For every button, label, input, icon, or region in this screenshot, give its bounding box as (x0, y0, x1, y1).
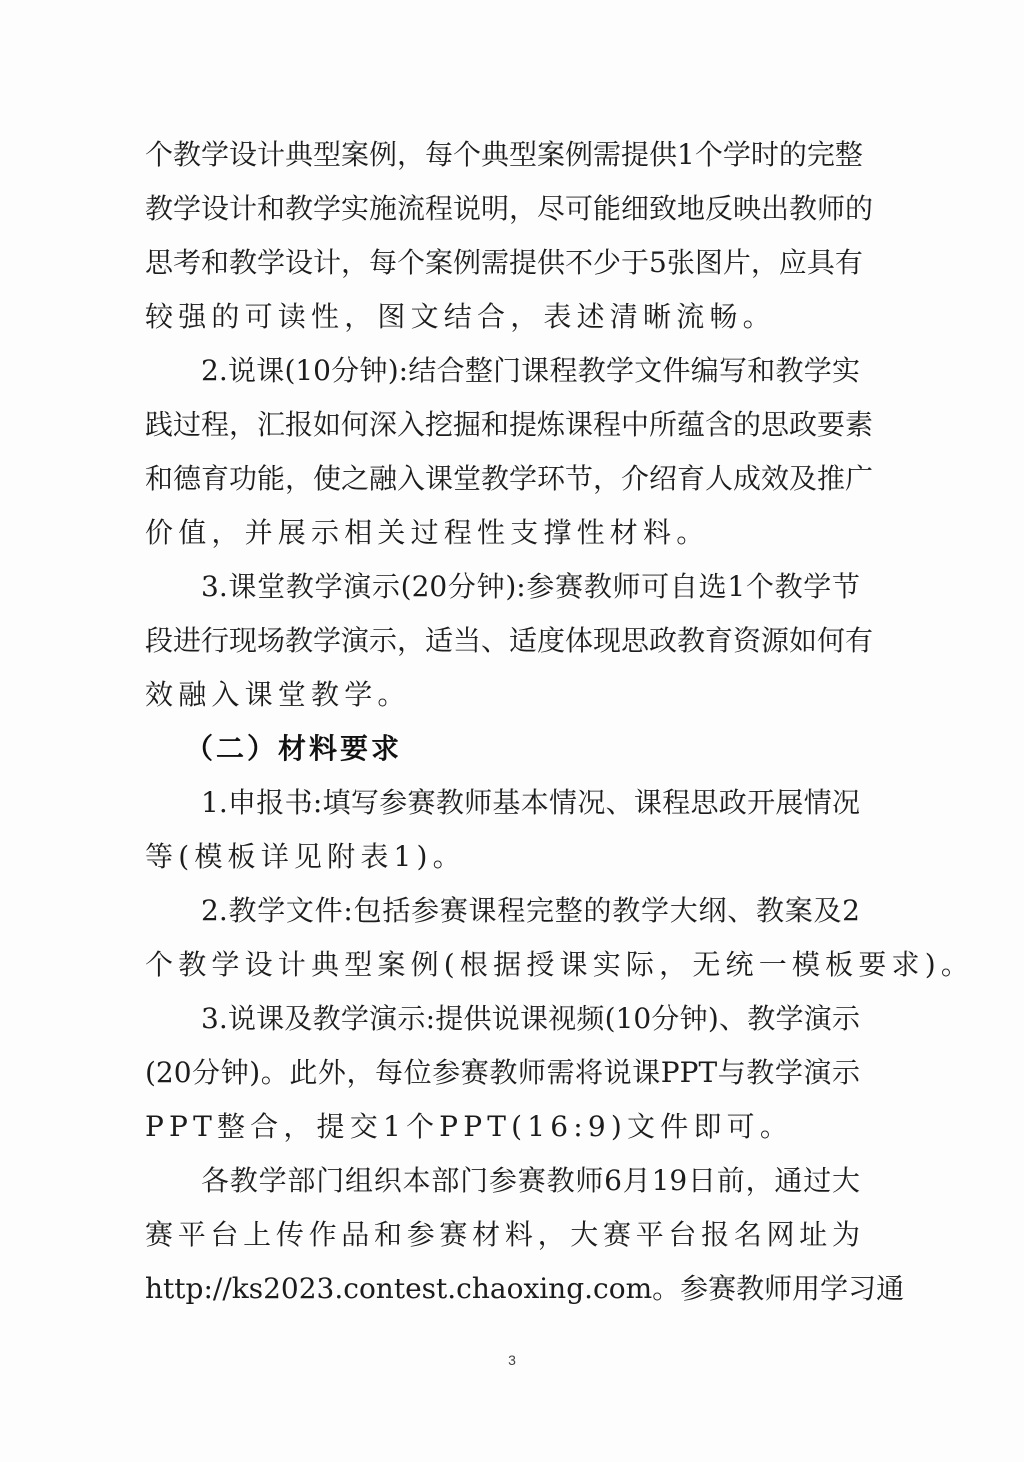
paragraph-line: PPT整合，提交1个PPT(16:9)文件即可。 (145, 1100, 860, 1154)
document-page: 个教学设计典型案例，每个典型案例需提供1个学时的完整 教学设计和教学实施流程说明… (0, 0, 1024, 1462)
paragraph-line-item-1-application: 1.申报书:填写参赛教师基本情况、课程思政开展情况 (145, 776, 860, 830)
paragraph-line: 效融入课堂教学。 (145, 668, 860, 722)
paragraph-line: 教学设计和教学实施流程说明，尽可能细致地反映出教师的 (145, 182, 860, 236)
paragraph-line-item-2-teaching-files: 2.教学文件:包括参赛课程完整的教学大纲、教案及2 (145, 884, 860, 938)
paragraph-line: 个教学设计典型案例，每个典型案例需提供1个学时的完整 (145, 128, 860, 182)
paragraph-line: 等(模板详见附表1)。 (145, 830, 860, 884)
paragraph-line: 价值，并展示相关过程性支撑性材料。 (145, 506, 860, 560)
paragraph-line: 段进行现场教学演示，适当、适度体现思政教育资源如何有 (145, 614, 860, 668)
paragraph-line-item-2-lecture: 2.说课(10分钟):结合整门课程教学文件编写和教学实 (145, 344, 860, 398)
paragraph-line: 较强的可读性，图文结合，表述清晰流畅。 (145, 290, 860, 344)
paragraph-line: 赛平台上传作品和参赛材料，大赛平台报名网址为 (145, 1208, 860, 1262)
paragraph-line: 践过程，汇报如何深入挖掘和提炼课程中所蕴含的思政要素 (145, 398, 860, 452)
page-number: 3 (0, 1352, 1024, 1368)
paragraph-line-url: http://ks2023.contest.chaoxing.com。参赛教师用… (145, 1262, 860, 1316)
paragraph-line-item-3-lecture-demo: 3.说课及教学演示:提供说课视频(10分钟)、教学演示 (145, 992, 860, 1046)
paragraph-line-submission: 各教学部门组织本部门参赛教师6月19日前，通过大 (145, 1154, 860, 1208)
paragraph-line-item-3-demo: 3.课堂教学演示(20分钟):参赛教师可自选1个教学节 (145, 560, 860, 614)
paragraph-line: 和德育功能，使之融入课堂教学环节，介绍育人成效及推广 (145, 452, 860, 506)
section-heading-materials: （二）材料要求 (145, 722, 860, 776)
document-body: 个教学设计典型案例，每个典型案例需提供1个学时的完整 教学设计和教学实施流程说明… (145, 128, 860, 1316)
paragraph-line: 个教学设计典型案例(根据授课实际，无统一模板要求)。 (145, 938, 860, 992)
paragraph-line: (20分钟)。此外，每位参赛教师需将说课PPT与教学演示 (145, 1046, 860, 1100)
paragraph-line: 思考和教学设计，每个案例需提供不少于5张图片，应具有 (145, 236, 860, 290)
